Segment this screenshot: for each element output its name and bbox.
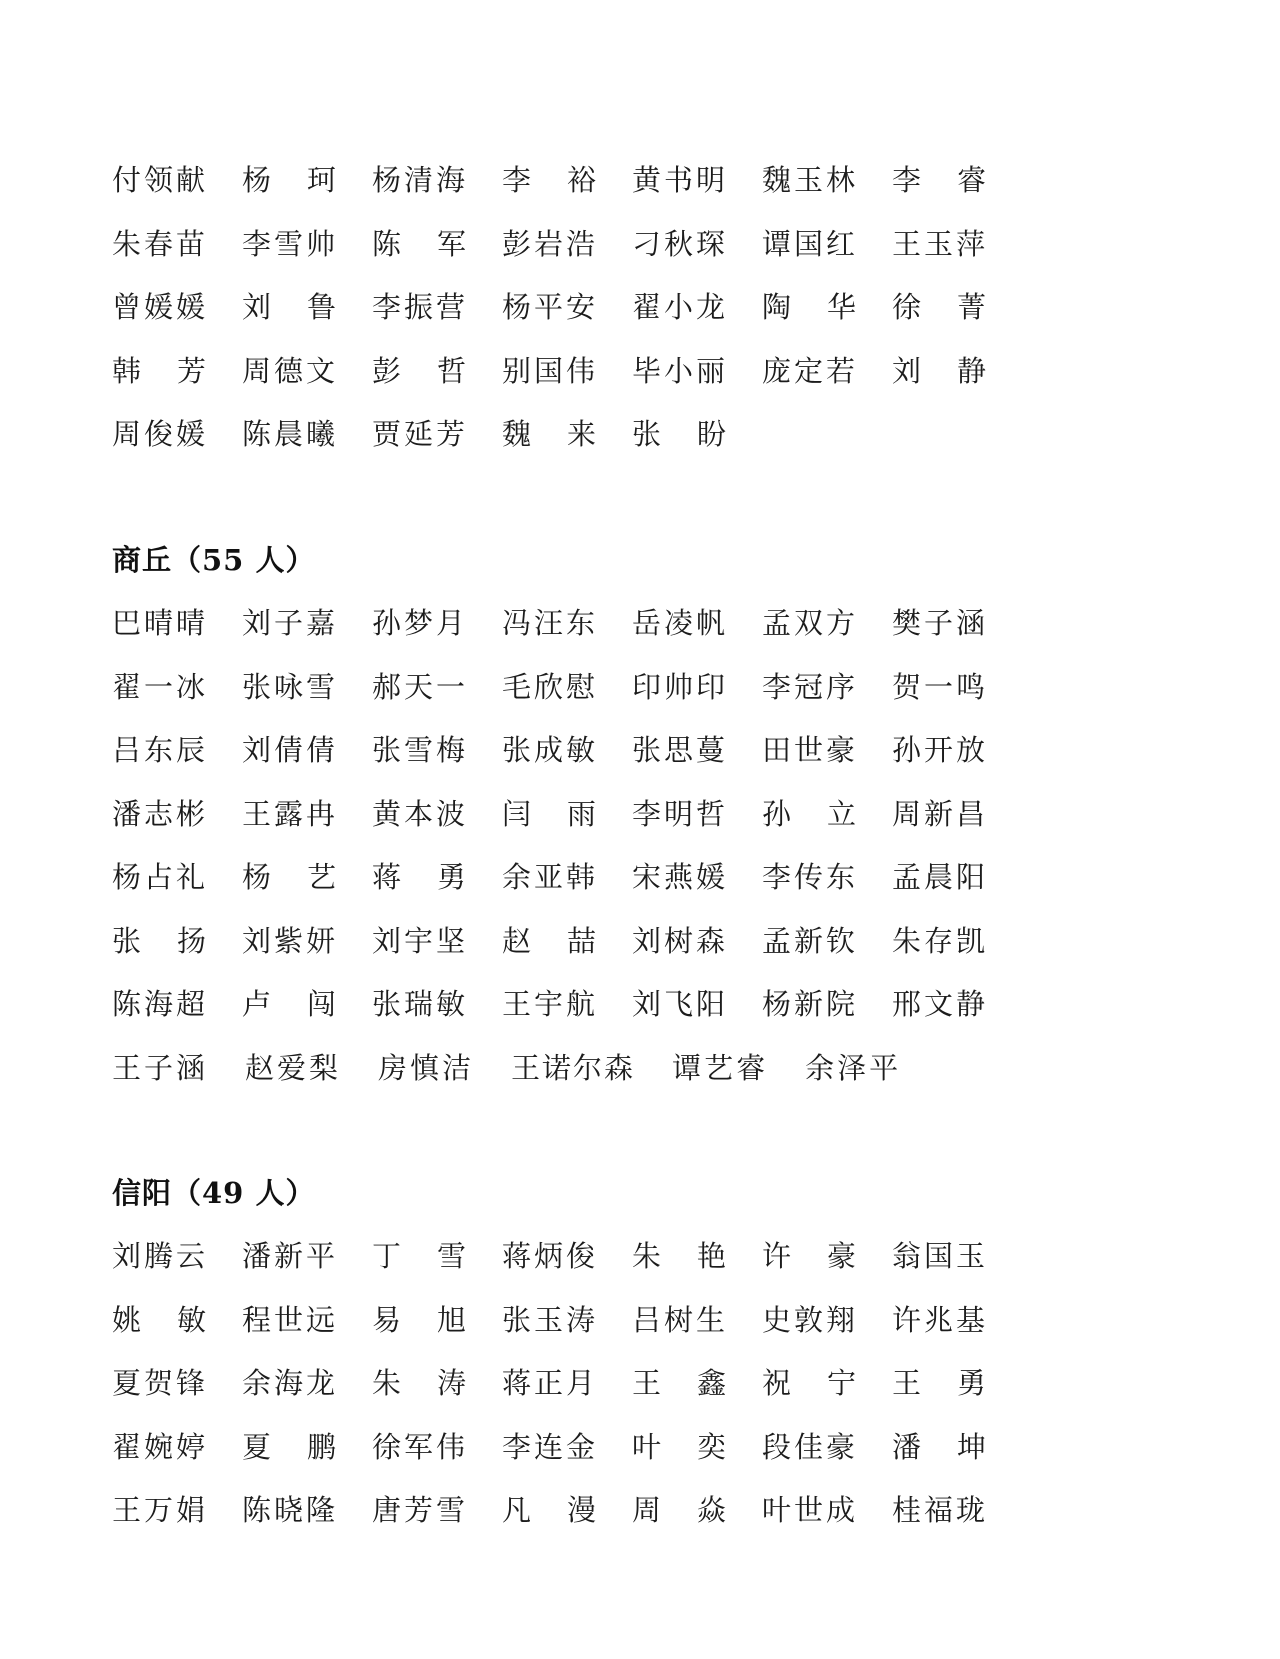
person-name: 杨平安: [502, 282, 632, 332]
person-name: 刁秋琛: [632, 219, 762, 269]
person-name: 朱存凯: [892, 916, 1022, 966]
person-name: 陈海超: [112, 979, 242, 1029]
person-name: 朱春苗: [112, 219, 242, 269]
person-name: 张玉涛: [502, 1295, 632, 1345]
person-name: 曾媛媛: [112, 282, 242, 332]
person-name: 潘志彬: [112, 789, 242, 839]
name-grid: 付领献杨珂杨清海李裕黄书明魏玉林李睿朱春苗李雪帅陈军彭岩浩刁秋琛谭国红王玉萍曾媛…: [112, 155, 1012, 473]
person-name: 田世豪: [762, 725, 892, 775]
person-name: 卢闯: [242, 979, 372, 1029]
person-name: 张盼: [632, 409, 762, 459]
person-name: 房慎洁: [378, 1043, 474, 1093]
name-list-section-xinyang: 信阳（49 人） 刘腾云潘新平丁雪蒋炳俊朱艳许豪翁国玉姚敏程世远易旭张玉涛吕树生…: [112, 1168, 1012, 1549]
person-name: 王万娟: [112, 1485, 242, 1535]
person-name: 孟晨阳: [892, 852, 1022, 902]
person-name: 彭哲: [372, 346, 502, 396]
person-name: 余泽平: [805, 1043, 901, 1093]
person-name: 庞定若: [762, 346, 892, 396]
person-name: 毛欣慰: [502, 662, 632, 712]
person-name: 毕小丽: [632, 346, 762, 396]
person-name: 岳凌帆: [632, 598, 762, 648]
person-name: 刘飞阳: [632, 979, 762, 1029]
person-name: 樊子涵: [892, 598, 1022, 648]
person-name: 巴晴晴: [112, 598, 242, 648]
person-name: 王鑫: [632, 1358, 762, 1408]
person-name: 李传东: [762, 852, 892, 902]
person-name: 姚敏: [112, 1295, 242, 1345]
person-name: 贾延芳: [372, 409, 502, 459]
person-name: 郝天一: [372, 662, 502, 712]
person-name: 潘坤: [892, 1422, 1022, 1472]
person-name: 徐菁: [892, 282, 1022, 332]
person-name: 周新昌: [892, 789, 1022, 839]
person-name: 杨珂: [242, 155, 372, 205]
person-name: 翟婉婷: [112, 1422, 242, 1472]
person-name: 段佳豪: [762, 1422, 892, 1472]
person-name: 杨新院: [762, 979, 892, 1029]
person-name: 孙立: [762, 789, 892, 839]
person-name: 陈晓隆: [242, 1485, 372, 1535]
person-name: 孟新钦: [762, 916, 892, 966]
person-name: 朱艳: [632, 1231, 762, 1281]
person-name: 凡漫: [502, 1485, 632, 1535]
person-name: 贺一鸣: [892, 662, 1022, 712]
name-grid: 巴晴晴刘子嘉孙梦月冯汪东岳凌帆孟双方樊子涵翟一冰张咏雪郝天一毛欣慰印帅印李冠序贺…: [112, 598, 1012, 1043]
person-name: 杨占礼: [112, 852, 242, 902]
person-name: 谭国红: [762, 219, 892, 269]
person-name: 许豪: [762, 1231, 892, 1281]
name-row-last: 王子涵赵爱梨房慎洁王诺尔森谭艺睿余泽平: [112, 1043, 1012, 1107]
person-name: 魏来: [502, 409, 632, 459]
person-name: 刘鲁: [242, 282, 372, 332]
person-name: 蒋正月: [502, 1358, 632, 1408]
person-name: 周德文: [242, 346, 372, 396]
person-name: 叶奕: [632, 1422, 762, 1472]
person-name: 张雪梅: [372, 725, 502, 775]
person-name: 翁国玉: [892, 1231, 1022, 1281]
person-name: 谭艺睿: [672, 1043, 768, 1093]
person-name: 张扬: [112, 916, 242, 966]
person-name: 冯汪东: [502, 598, 632, 648]
person-name: 吕树生: [632, 1295, 762, 1345]
person-name: 刘倩倩: [242, 725, 372, 775]
person-name: 张咏雪: [242, 662, 372, 712]
person-name: 许兆基: [892, 1295, 1022, 1345]
person-name: 王宇航: [502, 979, 632, 1029]
person-name: 翟一冰: [112, 662, 242, 712]
person-name: 史敦翔: [762, 1295, 892, 1345]
person-name: 唐芳雪: [372, 1485, 502, 1535]
person-name: 孙开放: [892, 725, 1022, 775]
person-name: 王诺尔森: [511, 1043, 635, 1093]
person-name: 刘树森: [632, 916, 762, 966]
person-name: 刘静: [892, 346, 1022, 396]
person-name: 印帅印: [632, 662, 762, 712]
person-name: 韩芳: [112, 346, 242, 396]
person-name: 陈晨曦: [242, 409, 372, 459]
name-list-section-continued: 付领献杨珂杨清海李裕黄书明魏玉林李睿朱春苗李雪帅陈军彭岩浩刁秋琛谭国红王玉萍曾媛…: [112, 155, 1012, 473]
person-name: 杨清海: [372, 155, 502, 205]
person-name: 彭岩浩: [502, 219, 632, 269]
person-name: 刘子嘉: [242, 598, 372, 648]
person-name: 蒋炳俊: [502, 1231, 632, 1281]
person-name: 邢文静: [892, 979, 1022, 1029]
person-name: 孟双方: [762, 598, 892, 648]
section-heading: 商丘（55 人）: [112, 535, 1012, 585]
person-name: 周焱: [632, 1485, 762, 1535]
person-name: 丁雪: [372, 1231, 502, 1281]
person-name: 王子涵: [112, 1043, 208, 1093]
person-name: 朱涛: [372, 1358, 502, 1408]
person-name: 程世远: [242, 1295, 372, 1345]
person-name: 闫雨: [502, 789, 632, 839]
person-name: 夏鹏: [242, 1422, 372, 1472]
person-name: 潘新平: [242, 1231, 372, 1281]
person-name: 陈军: [372, 219, 502, 269]
person-name: 李睿: [892, 155, 1022, 205]
person-name: 付领献: [112, 155, 242, 205]
person-name: 孙梦月: [372, 598, 502, 648]
person-name: 张成敏: [502, 725, 632, 775]
person-name: 赵喆: [502, 916, 632, 966]
person-name: 蒋勇: [372, 852, 502, 902]
person-name: 李明哲: [632, 789, 762, 839]
person-name: 王玉萍: [892, 219, 1022, 269]
person-name: 王露冉: [242, 789, 372, 839]
person-name: 别国伟: [502, 346, 632, 396]
person-name: 黄本波: [372, 789, 502, 839]
person-name: 李振营: [372, 282, 502, 332]
person-name: 刘宇坚: [372, 916, 502, 966]
person-name: 余亚韩: [502, 852, 632, 902]
person-name: 夏贺锋: [112, 1358, 242, 1408]
person-name: 赵爱梨: [245, 1043, 341, 1093]
document-page: 付领献杨珂杨清海李裕黄书明魏玉林李睿朱春苗李雪帅陈军彭岩浩刁秋琛谭国红王玉萍曾媛…: [0, 0, 1280, 1659]
person-name: 李雪帅: [242, 219, 372, 269]
person-name: 桂福珑: [892, 1485, 1022, 1535]
person-name: 陶华: [762, 282, 892, 332]
person-name: 张思蔓: [632, 725, 762, 775]
person-name: 李冠序: [762, 662, 892, 712]
person-name: 余海龙: [242, 1358, 372, 1408]
section-heading: 信阳（49 人）: [112, 1168, 1012, 1218]
person-name: 王勇: [892, 1358, 1022, 1408]
person-name: 刘紫妍: [242, 916, 372, 966]
person-name: 魏玉林: [762, 155, 892, 205]
person-name: 徐军伟: [372, 1422, 502, 1472]
person-name: 周俊媛: [112, 409, 242, 459]
person-name: 祝宁: [762, 1358, 892, 1408]
person-name: 吕东辰: [112, 725, 242, 775]
name-list-section-shangqiu: 商丘（55 人） 巴晴晴刘子嘉孙梦月冯汪东岳凌帆孟双方樊子涵翟一冰张咏雪郝天一毛…: [112, 535, 1012, 1106]
person-name: 李连金: [502, 1422, 632, 1472]
person-name: 杨艺: [242, 852, 372, 902]
person-name: 易旭: [372, 1295, 502, 1345]
person-name: 叶世成: [762, 1485, 892, 1535]
person-name: 翟小龙: [632, 282, 762, 332]
person-name: 黄书明: [632, 155, 762, 205]
person-name: 刘腾云: [112, 1231, 242, 1281]
person-name: 宋燕媛: [632, 852, 762, 902]
person-name: 张瑞敏: [372, 979, 502, 1029]
person-name: 李裕: [502, 155, 632, 205]
name-grid: 刘腾云潘新平丁雪蒋炳俊朱艳许豪翁国玉姚敏程世远易旭张玉涛吕树生史敦翔许兆基夏贺锋…: [112, 1231, 1012, 1549]
